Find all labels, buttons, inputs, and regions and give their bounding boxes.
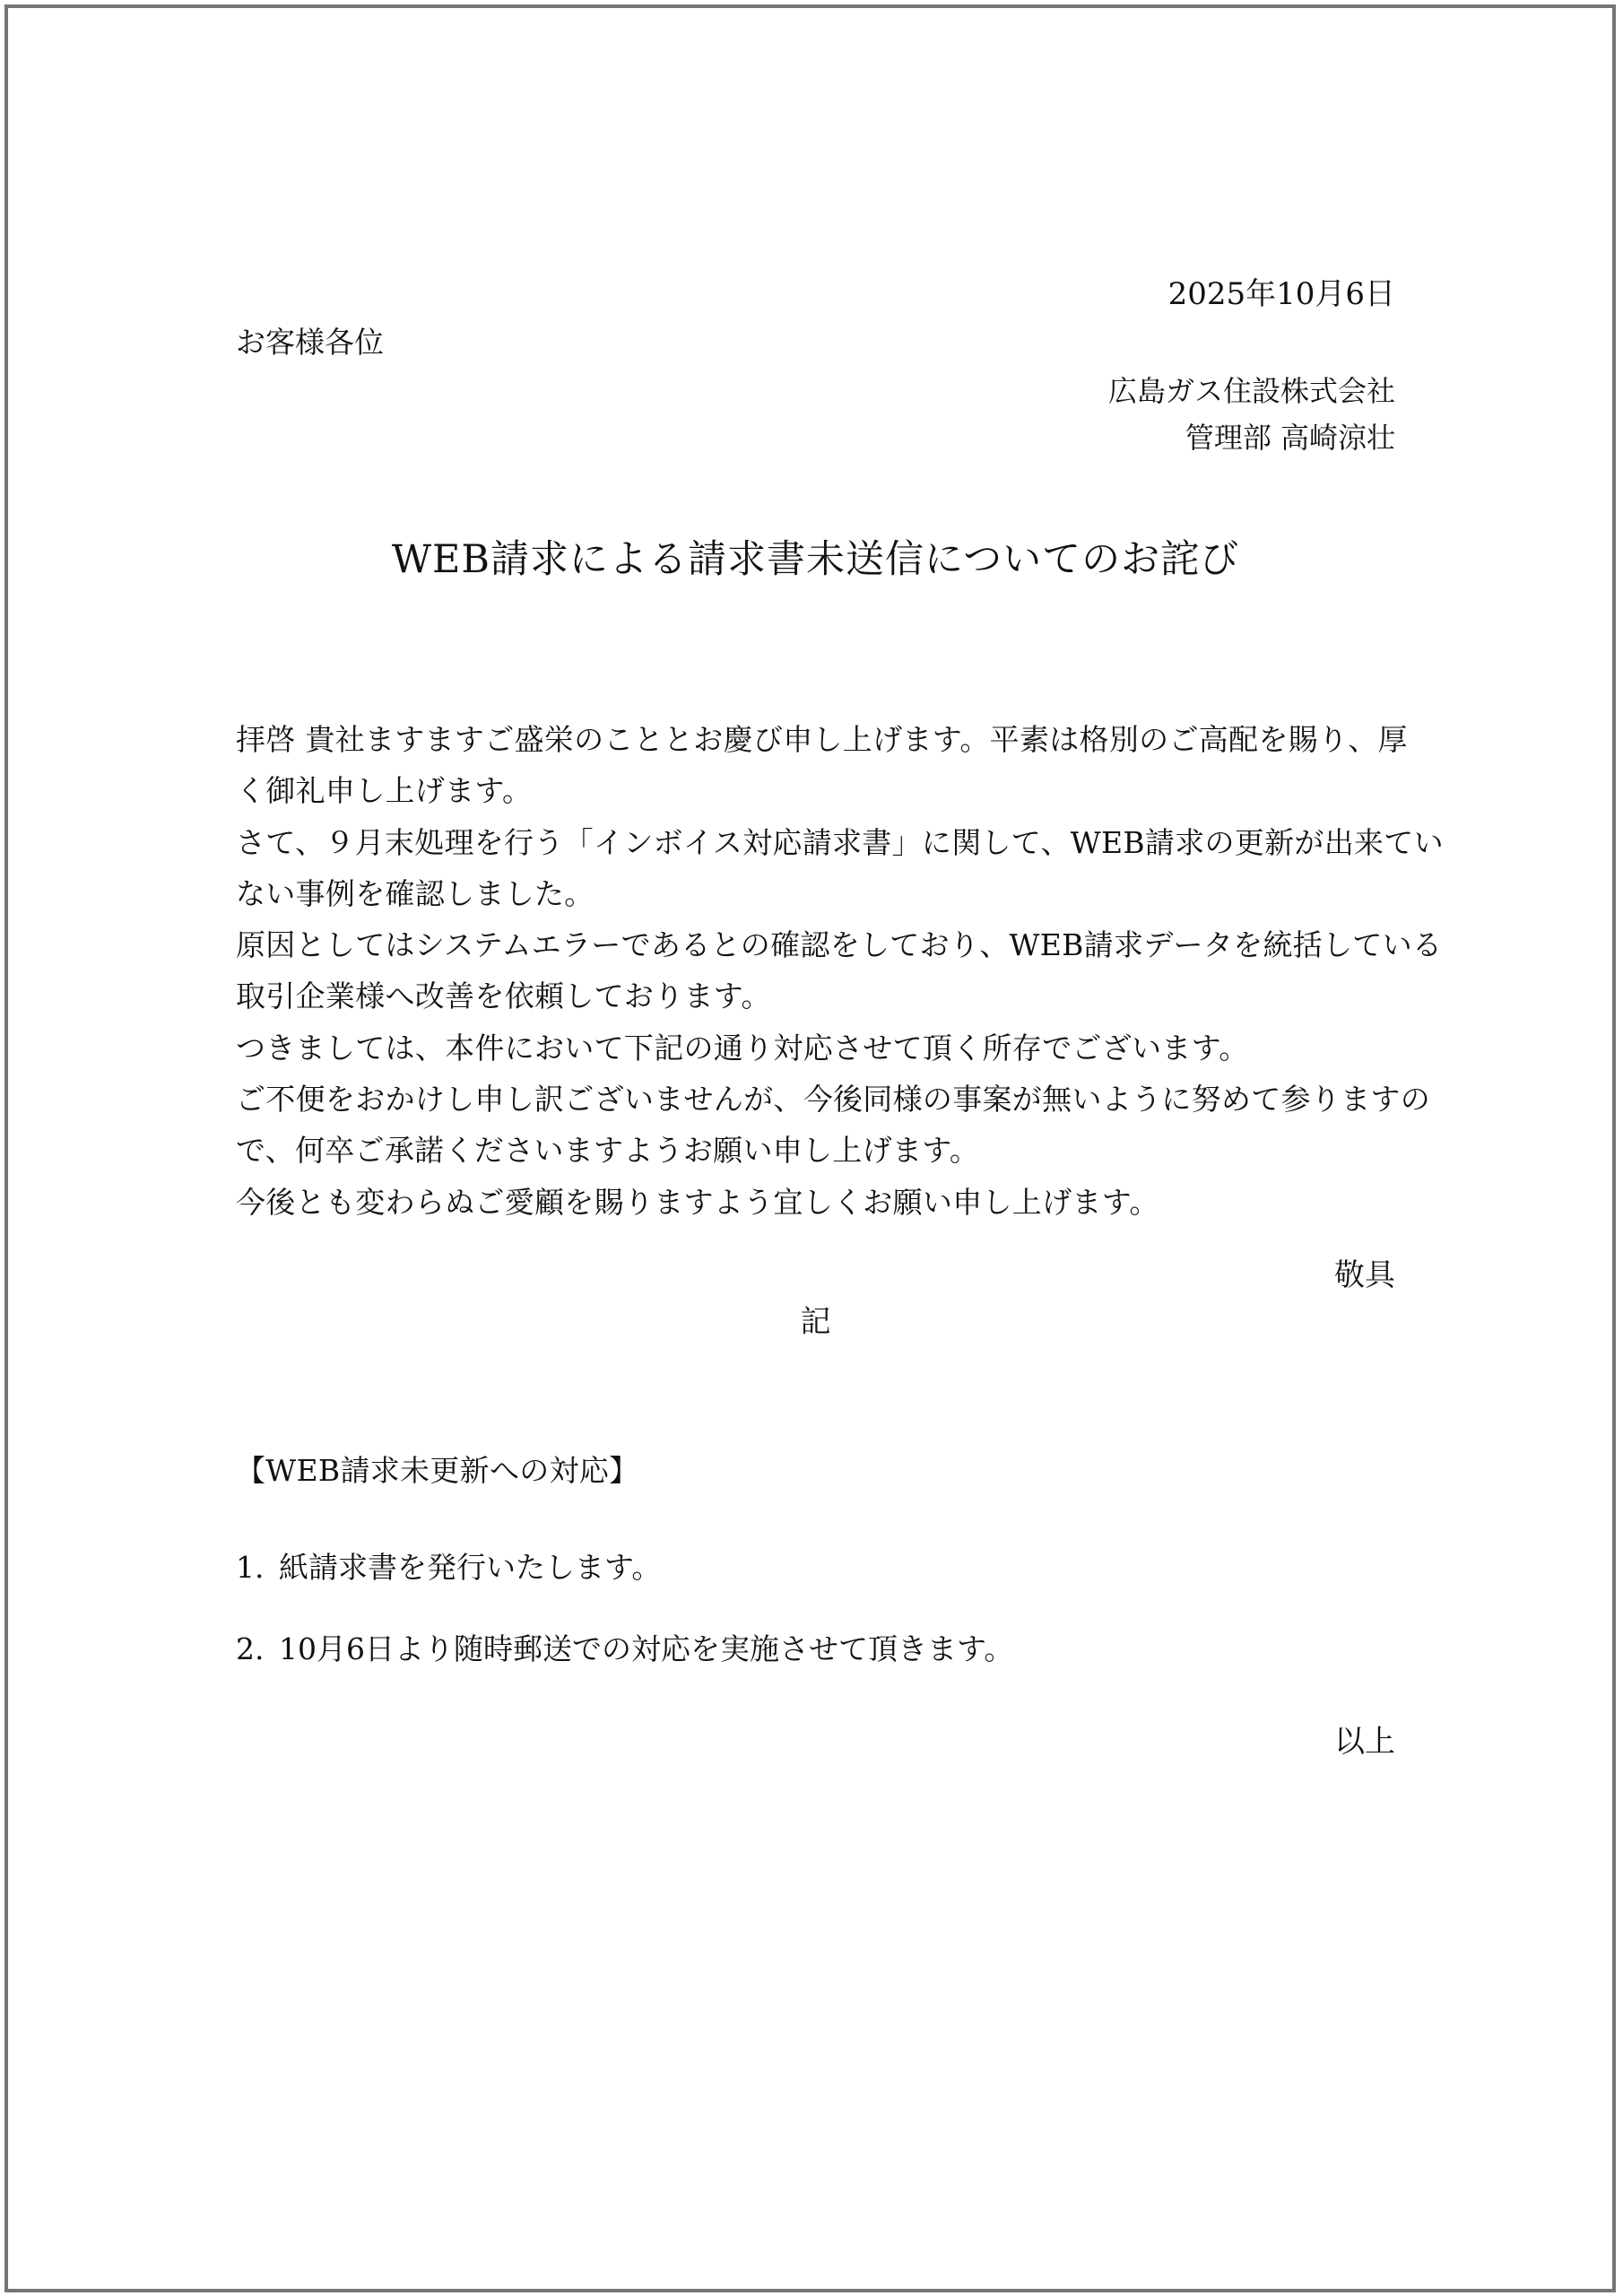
end-marker-ijou: 以上 (236, 1726, 1395, 1759)
letter-body: 拝啓 貴社ますますご盛栄のこととお慶び申し上げます。平素は格別のご高配を賜り、厚… (236, 714, 1395, 1228)
body-line: 拝啓 貴社ますますご盛栄のこととお慶び申し上げます。平素は格別のご高配を賜り、厚 (236, 714, 1395, 765)
list-item-number: 1. (236, 1552, 279, 1584)
body-line: 原因としてはシステムエラーであるとの確認をしており、WEB請求データを統括してい… (236, 919, 1395, 970)
list-item: 2.10月6日より随時郵送での対応を実施させて頂きます。 (236, 1633, 1395, 1665)
record-marker-ki: 記 (236, 1306, 1395, 1339)
letter-date: 2025年10月6日 (236, 278, 1395, 311)
closing-keigu: 敬具 (236, 1259, 1395, 1292)
list-item-text: 紙請求書を発行いたします。 (279, 1550, 661, 1585)
body-line: ない事例を確認しました。 (236, 868, 1395, 919)
body-line: で、何卒ご承諾くださいますようお願い申し上げます。 (236, 1125, 1395, 1176)
body-line: ご不便をおかけし申し訳ございませんが、今後同様の事案が無いように努めて参りますの (236, 1074, 1395, 1125)
letter-title: WEB請求による請求書未送信についてのお詫び (236, 538, 1395, 582)
body-line: 取引企業様へ改善を依頼しております。 (236, 970, 1395, 1022)
apology-letter-page: 2025年10月6日 お客様各位 広島ガス住設株式会社 管理部 高崎涼壮 WEB… (0, 0, 1623, 2296)
list-item-text: 10月6日より随時郵送での対応を実施させて頂きます。 (279, 1631, 1013, 1666)
sender-company: 広島ガス住設株式会社 (236, 376, 1395, 407)
sender-person: 管理部 高崎涼壮 (236, 422, 1395, 454)
recipient-line: お客様各位 (236, 326, 1395, 359)
body-line: さて、９月末処理を行う「インボイス対応請求書」に関して、WEB請求の更新が出来て… (236, 817, 1395, 868)
list-item-number: 2. (236, 1633, 279, 1665)
section-heading: 【WEB請求未更新への対応】 (236, 1455, 1395, 1487)
body-line: つきましては、本件において下記の通り対応させて頂く所存でございます。 (236, 1022, 1395, 1074)
response-list: 1.紙請求書を発行いたします。 2.10月6日より随時郵送での対応を実施させて頂… (236, 1552, 1395, 1666)
body-line: 今後とも変わらぬご愛顧を賜りますよう宜しくお願い申し上げます。 (236, 1177, 1395, 1228)
list-item: 1.紙請求書を発行いたします。 (236, 1552, 1395, 1584)
body-line: く御礼申し上げます。 (236, 765, 1395, 816)
